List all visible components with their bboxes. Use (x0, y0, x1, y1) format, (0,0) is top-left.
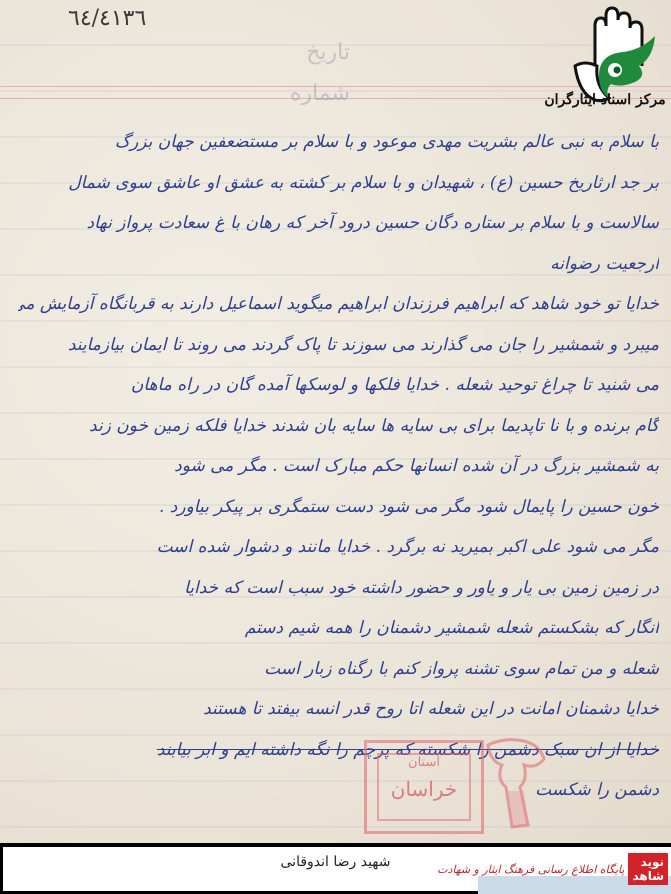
province-stamp: استان خراسان (364, 740, 484, 834)
handwritten-line: می شنید تا چراغ توحید شعله . خدایا فلکها… (18, 365, 659, 406)
brand-mark: نوید شاهد (628, 853, 668, 885)
logo-text: مرکز اسناد ایثارگران (540, 92, 670, 108)
brand-tagline: پایگاه اطلاع رسانی فرهنگ ایثار و شهادت (437, 863, 624, 876)
handwritten-line: خدایا تو خود شاهد که ابراهیم فرزندان ابر… (18, 284, 659, 325)
handwritten-line: به شمشیر بزرگ در آن شده انسانها حکم مبار… (18, 446, 659, 487)
handwritten-line: ارجعیت رضوانه (18, 244, 659, 285)
handwritten-line: با سلام به نبی عالم بشریت مهدی موعود و ب… (18, 122, 659, 163)
handwritten-line: انگار که بشکستم شعله شمشیر دشمنان را همه… (18, 608, 659, 649)
martyr-foundation-emblem-icon (484, 735, 548, 833)
handwritten-line: در زمین زمین بی یار و یاور و حضور داشته … (18, 568, 659, 609)
handwritten-line: مگر می شود علی اکبر بمیرید نه برگرد . خد… (18, 527, 659, 568)
stamp-line: خراسان (367, 777, 481, 801)
handwritten-line: خون حسین را پایمال شود مگر می شود دست ست… (18, 487, 659, 528)
handwritten-line: میبرد و شمشیر را جان می گذارند می سوزند … (18, 325, 659, 366)
handwritten-line: خدایا دشمنان امانت در این شعله اتا روح ق… (18, 689, 659, 730)
handwritten-text: با سلام به نبی عالم بشریت مهدی موعود و ب… (18, 122, 659, 811)
faded-header: تاریخ شماره (90, 40, 350, 110)
handwritten-line: گام برنده و با نا تاپدیما برای بی سایه ه… (18, 406, 659, 447)
handwritten-line: دشمن را شکست (18, 770, 659, 811)
stamp-line: استان (367, 755, 481, 770)
handwritten-line: بر جد ارثاریخ حسین (ع) ، شهیدان و با سلا… (18, 163, 659, 204)
faded-header-line: شماره (90, 81, 350, 106)
handwritten-line-struck: خدایا از ان سبک دشمن را شکسته که پرچم را… (18, 730, 659, 771)
handwritten-line: سالاست و با سلام بر ستاره دگان حسین درود… (18, 203, 659, 244)
faded-header-line: تاریخ (90, 40, 350, 65)
handwritten-line: شعله و من تمام سوی تشنه پرواز کنم با رگن… (18, 649, 659, 690)
scanned-letter: ٦٤/٤١٣٦ تاریخ شماره با سلام به نبی عالم … (0, 0, 671, 843)
brand-logo: نوید شاهد پایگاه اطلاع رسانی فرهنگ ایثار… (480, 856, 668, 882)
reference-number: ٦٤/٤١٣٦ (68, 6, 146, 31)
